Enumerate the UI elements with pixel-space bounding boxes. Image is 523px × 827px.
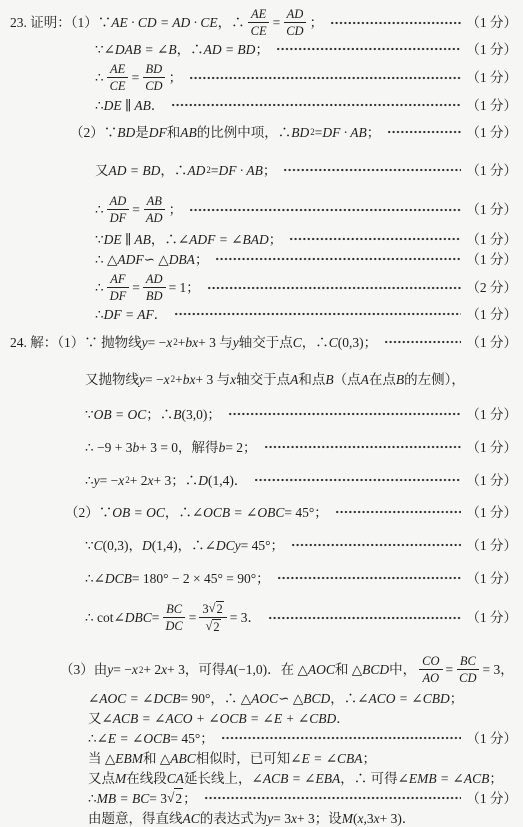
dotted-leader	[215, 256, 461, 262]
fraction: BCCD	[456, 654, 479, 685]
text: +	[175, 370, 183, 389]
solution-line: （2）∵ BD 是 DF 和 AB 的比例中项，∴ BD2 = DF · AB；…	[0, 122, 517, 142]
text: （2）∵	[65, 503, 112, 522]
fraction: COAO	[419, 654, 442, 685]
text: = −	[148, 333, 167, 352]
math-text: B	[396, 370, 404, 389]
fraction-numerator: AE	[248, 7, 269, 23]
text: = 45°；	[170, 729, 213, 748]
dotted-leader	[264, 444, 462, 450]
text: = 180° − 2 × 45° = 90°；	[132, 569, 270, 588]
text: = −	[100, 471, 119, 490]
math-text: AOC	[251, 689, 278, 708]
text: 23. 证明：（1）∵	[10, 13, 111, 32]
fraction-denominator: BD	[143, 288, 166, 303]
fraction-denominator: CD	[456, 670, 479, 685]
dotted-leader	[174, 311, 461, 317]
solution-line: ∴ y = −x2 + 2x + 3；∴ D(1,4)．（1 分）	[0, 470, 517, 490]
math-text: ∠E = ∠OCB	[97, 729, 171, 748]
text: =	[273, 13, 281, 32]
text: =	[446, 660, 454, 679]
math-text: BC	[166, 602, 182, 616]
text: ，∴	[160, 161, 187, 180]
math-text: DBA	[169, 250, 195, 269]
radical-sign: √	[206, 619, 213, 633]
text: 是	[135, 123, 149, 142]
math-text: BC	[460, 654, 476, 668]
dotted-leader	[276, 46, 461, 52]
text: ∴	[95, 305, 104, 324]
math-text: DF	[149, 123, 167, 142]
dotted-leader	[330, 20, 461, 26]
solution-line: 23. 证明：（1）∵ AE · CD = AD · CE，∴ AECE = A…	[0, 6, 517, 39]
score-label: （1 分）	[466, 40, 517, 59]
math-text: BD	[146, 62, 163, 76]
math-text: B	[325, 370, 333, 389]
score-label: （1 分）	[466, 96, 517, 115]
text: = 90°，∴ △	[180, 689, 251, 708]
radicand: 2	[174, 788, 183, 808]
line-content: ∴ ∠DCB = 180° − 2 × 45° = 90°；	[85, 569, 270, 588]
solution-line: 当 △EBM 和 △ABC 相似时，已可知 ∠E = ∠CBA；	[0, 748, 517, 768]
dotted-leader	[254, 477, 461, 483]
text: + 3；设	[297, 809, 342, 827]
math-text: AE	[110, 62, 125, 76]
math-text: ADF	[117, 250, 143, 269]
radicand: 2	[212, 619, 220, 634]
math-text: ∠DCB	[94, 569, 132, 588]
text: +	[178, 333, 186, 352]
text: 延长线上，	[184, 769, 252, 788]
line-content: ∴ −9 + 3b + 3 = 0，解得 b = 2；	[85, 438, 257, 457]
fraction-numerator: BC	[163, 602, 185, 618]
solution-line: ∵ ∠DAB = ∠B，∴ AD = BD；（1 分）	[0, 39, 517, 59]
line-content: ∵ DE ∥ AB，∴ ∠ADF = ∠BAD；	[95, 230, 282, 249]
radicand: 2	[216, 601, 224, 616]
text: 相似时，已可知	[196, 749, 291, 768]
math-text: DF · AB	[322, 123, 366, 142]
text: + 2	[143, 660, 161, 679]
math-text: BD	[146, 289, 163, 303]
math-text: OB = OC	[94, 405, 147, 424]
text: ∵	[95, 230, 104, 249]
text: (3,0)；	[181, 405, 220, 424]
line-content: 24. 解：（1）∵ 抛物线 y = −x2 + bx + 3 与 y 轴交于点…	[10, 333, 377, 352]
fraction-numerator: BD	[143, 62, 166, 78]
text: ．	[151, 96, 165, 115]
fraction-denominator: √2	[203, 618, 224, 634]
math-text: BD	[291, 123, 309, 142]
solution-line: ∴ MB = BC = 3√2；（1 分）	[0, 788, 517, 808]
solution-line: ∠AOC = ∠DCB = 90°，∴ △AOC ∽ △BCD，∴ ∠ACO =…	[0, 688, 517, 708]
math-text: CD	[145, 79, 162, 93]
math-text: AE · CD = AD · CE	[111, 13, 217, 32]
math-text: b	[219, 438, 226, 457]
fraction: ADDF	[107, 194, 130, 225]
fraction-numerator: CO	[419, 654, 442, 670]
math-text: AB	[147, 194, 162, 208]
text: ．	[336, 709, 350, 728]
math-text: CD	[286, 24, 303, 38]
text: ；	[263, 161, 277, 180]
text: ；	[363, 749, 377, 768]
solution-line: ∴ −9 + 3b + 3 = 0，解得 b = 2；（1 分）	[0, 437, 517, 457]
radical: √2	[167, 788, 183, 808]
text: ．	[154, 305, 168, 324]
score-label: （2 分）	[466, 278, 517, 297]
dotted-leader	[277, 575, 462, 581]
solution-line: ∵ DE ∥ AB，∴ ∠ADF = ∠BAD；（1 分）	[0, 229, 517, 249]
text: (1,4)，∴	[152, 536, 205, 555]
fraction-numerator: AD	[143, 272, 166, 288]
line-content: 又 ∠ACB = ∠ACO + ∠OCB = ∠E + ∠CBD．	[88, 709, 350, 728]
fraction: BCDC	[162, 602, 185, 633]
text: ；	[450, 689, 464, 708]
text: + 3 与	[195, 370, 230, 389]
text: ∴ −9 + 3	[85, 438, 132, 457]
solution-line: 由题意，得直线 AC 的表达式为 y = 3x + 3；设 M(x,3x + 3…	[0, 808, 517, 827]
math-text: ∠ADF = ∠BAD	[178, 230, 269, 249]
fraction-denominator: DC	[162, 618, 185, 633]
solution-line: 又点 M 在线段 CA 延长线上，∠ACB = ∠EBA，∴ 可得 ∠EMB =…	[0, 768, 517, 788]
text: 由题意，得直线	[88, 809, 183, 827]
text: + 3 = 0，解得	[139, 438, 218, 457]
dotted-leader	[189, 75, 461, 81]
fraction-numerator: AD	[107, 194, 130, 210]
screenshot-root: { "page": { "background": "#f6f6f4", "in…	[0, 0, 523, 827]
text: ，∴	[165, 503, 192, 522]
solution-line: 又 AD = BD，∴ AD2 = DF · AB；（1 分）	[0, 160, 517, 180]
text: = −	[145, 370, 164, 389]
text: + 2	[130, 471, 148, 490]
math-text: C	[293, 333, 302, 352]
solution-line: ∴ AFDF = ADBD = 1；（2 分）	[0, 271, 517, 304]
text: ；∴	[146, 405, 173, 424]
score-label: （1 分）	[466, 123, 517, 142]
score-label: （1 分）	[466, 438, 517, 457]
text: + 3)．	[380, 809, 416, 827]
text: = 1；	[169, 278, 200, 297]
math-text: AOC	[308, 660, 335, 679]
math-text: ∠DAB = ∠B	[104, 40, 177, 59]
score-label: （1 分）	[466, 536, 517, 555]
math-text: AD	[287, 7, 304, 21]
text: = 3	[149, 789, 167, 808]
text: ∴	[95, 68, 104, 87]
line-content: ∴ AECE = BDCD；	[95, 61, 182, 94]
solution-line: ∴ ADDF = ABAD；（1 分）	[0, 193, 517, 226]
text: (−1,0)．在 △	[234, 660, 308, 679]
dotted-leader	[228, 411, 462, 417]
text: 24. 解：（1）∵ 抛物线	[10, 333, 142, 352]
dotted-leader	[268, 615, 461, 621]
dotted-leader	[189, 207, 461, 213]
math-text: ∠ACB = ∠EBA	[252, 769, 341, 788]
text: 又抛物线	[85, 370, 139, 389]
math-text: DF = AF	[104, 305, 154, 324]
line-content: ∠AOC = ∠DCB = 90°，∴ △AOC ∽ △BCD，∴ ∠ACO =…	[88, 689, 463, 708]
text: ，∴	[151, 230, 178, 249]
line-content: 又 AD = BD，∴ AD2 = DF · AB；	[95, 161, 276, 180]
text: ,3	[364, 809, 374, 827]
math-text: bx	[183, 370, 196, 389]
math-text: BD	[117, 123, 135, 142]
fraction: AECE	[248, 7, 270, 38]
dotted-leader	[384, 339, 461, 345]
math-text: M	[115, 769, 126, 788]
score-label: （1 分）	[466, 789, 517, 808]
line-content: ∴ DF = AF．	[95, 305, 167, 324]
fraction: AECE	[107, 62, 129, 93]
math-text: AD = BD	[109, 161, 161, 180]
math-text: ∠ACO = ∠CBD	[357, 689, 449, 708]
line-content: （2）∵ BD 是 DF 和 AB 的比例中项，∴ BD2 = DF · AB；	[70, 123, 380, 142]
text: 和 △	[335, 660, 362, 679]
text: ；	[169, 200, 183, 219]
line-content: （2）∵ OB = OC，∴ ∠OCB = ∠OBC = 45°；	[65, 503, 328, 522]
math-text: BCD	[362, 660, 389, 679]
math-text: DC	[165, 619, 182, 633]
text: ，∴ 可得	[340, 769, 397, 788]
math-text: OB = OC	[112, 503, 165, 522]
text: ，∴	[302, 333, 329, 352]
text: = −	[113, 660, 132, 679]
line-content: ∴ AFDF = ADBD = 1；	[95, 271, 200, 304]
math-text: CD	[459, 671, 476, 685]
text: + 3 与	[198, 333, 233, 352]
math-text: A	[290, 370, 298, 389]
math-text: bx	[185, 333, 198, 352]
math-text: D	[142, 536, 152, 555]
math-text: ∠EMB = ∠ACB	[398, 769, 490, 788]
fraction-numerator: AD	[284, 7, 307, 23]
text: ，∴	[218, 13, 245, 32]
fraction: ABAD	[143, 194, 166, 225]
solution-line: （3）由 y = −x2 + 2x + 3，可得 A(−1,0)．在 △AOC …	[0, 653, 517, 686]
math-text: DF	[110, 211, 127, 225]
fraction-denominator: CD	[283, 23, 306, 38]
text: + 3，可得	[167, 660, 225, 679]
text: ∴ cot	[85, 608, 113, 627]
math-text: C	[329, 333, 338, 352]
text: ；	[489, 769, 503, 788]
text: =	[152, 608, 160, 627]
text: (0,3)，	[103, 536, 142, 555]
line-content: ∴ △ADF ∽ △DBA；	[95, 250, 208, 269]
text: (1,4)．	[208, 471, 247, 490]
math-text: EBM	[115, 749, 143, 768]
dotted-leader	[283, 167, 461, 173]
text: = 2；	[225, 438, 256, 457]
text: （2）∵	[70, 123, 117, 142]
text: 的左侧），	[404, 370, 465, 389]
text: ∵	[95, 40, 104, 59]
radical: √2	[209, 601, 224, 616]
fraction-denominator: CE	[107, 78, 129, 93]
line-content: ∵ C(0,3)，D(1,4)，∴ ∠DCy = 45°；	[85, 536, 284, 555]
solution-line: ∴ DE ∥ AB．（1 分）	[0, 95, 517, 115]
text: ，∴	[330, 689, 357, 708]
text: =	[132, 68, 140, 87]
solution-line: 24. 解：（1）∵ 抛物线 y = −x2 + bx + 3 与 y 轴交于点…	[0, 332, 517, 352]
text: =	[132, 200, 140, 219]
text: = 3．	[230, 608, 261, 627]
solution-line: ∴ AECE = BDCD；（1 分）	[0, 61, 517, 94]
text: ∴	[95, 278, 104, 297]
solution-line: ∴ DF = AF．（1 分）	[0, 304, 517, 324]
math-text: AE	[251, 7, 266, 21]
dotted-leader	[171, 102, 461, 108]
text: 和点	[298, 370, 325, 389]
dotted-leader	[291, 542, 461, 548]
text: ∴ △	[95, 250, 117, 269]
text: （3）由	[60, 660, 107, 679]
math-text: AF	[110, 272, 125, 286]
dotted-leader	[335, 509, 462, 515]
math-text: CO	[422, 654, 439, 668]
fraction-denominator: AD	[143, 210, 166, 225]
fraction-denominator: AO	[419, 670, 442, 685]
dotted-leader	[221, 735, 462, 741]
radical-sign: √	[167, 788, 174, 807]
score-label: （1 分）	[466, 729, 517, 748]
solution-line: ∵ C(0,3)，D(1,4)，∴ ∠DCy = 45°；（1 分）	[0, 535, 517, 555]
fraction-numerator: AB	[144, 194, 165, 210]
solution-line: ∴ △ADF ∽ △DBA；（1 分）	[0, 249, 517, 269]
text: 和 △	[143, 749, 170, 768]
answer-document-page: 23. 证明：（1）∵ AE · CD = AD · CE，∴ AECE = A…	[0, 0, 523, 827]
text: ；	[269, 230, 283, 249]
text: ∴	[95, 200, 104, 219]
math-text: C	[94, 536, 103, 555]
solution-line: ∵ OB = OC；∴ B(3,0)；（1 分）	[0, 404, 517, 424]
math-text: AD	[110, 194, 127, 208]
text: ∽ △	[144, 250, 169, 269]
math-text: DF · AB	[218, 161, 262, 180]
math-text: ∠DCy	[205, 536, 241, 555]
fraction-denominator: DF	[107, 210, 130, 225]
math-text: x	[166, 333, 172, 352]
solution-line: ∴ cot ∠DBC = BCDC = 3√2√2 = 3．（1 分）	[0, 600, 517, 635]
text: ；	[183, 789, 197, 808]
line-content: 由题意，得直线 AC 的表达式为 y = 3x + 3；设 M(x,3x + 3…	[88, 809, 415, 827]
text: 的表达式为	[200, 809, 268, 827]
text: 当 △	[88, 749, 115, 768]
text: ，∴	[177, 40, 204, 59]
text: = 3	[273, 809, 291, 827]
score-label: （1 分）	[466, 405, 517, 424]
fraction-denominator: CE	[248, 23, 270, 38]
solution-line: 又 ∠ACB = ∠ACO + ∠OCB = ∠E + ∠CBD．	[0, 708, 517, 728]
solution-line: （2）∵ OB = OC，∴ ∠OCB = ∠OBC = 45°；（1 分）	[0, 502, 517, 522]
math-text: DE ∥ AB	[104, 230, 151, 249]
text: ；	[255, 40, 269, 59]
math-text: M	[342, 809, 353, 827]
text: ∴	[88, 789, 97, 808]
math-text: MB = BC	[97, 789, 150, 808]
fraction-numerator: BC	[457, 654, 479, 670]
math-text: AD = BD	[204, 40, 256, 59]
text: 又	[95, 161, 109, 180]
text: ；	[169, 68, 183, 87]
text: ∴	[95, 96, 104, 115]
fraction-numerator: 3√2	[199, 601, 226, 618]
score-label: （1 分）	[466, 250, 517, 269]
text: =	[132, 278, 140, 297]
score-label: （1 分）	[466, 13, 517, 32]
math-text: AD	[187, 161, 205, 180]
math-text: AC	[183, 809, 200, 827]
line-content: ∴ y = −x2 + 2x + 3；∴ D(1,4)．	[85, 471, 247, 490]
text: (0,3)；	[338, 333, 377, 352]
text: ∵	[85, 536, 94, 555]
math-text: B	[173, 405, 181, 424]
text: 轴交于点	[236, 370, 290, 389]
score-label: （1 分）	[466, 230, 517, 249]
math-text: ∠DBC	[113, 608, 151, 627]
line-content: （3）由 y = −x2 + 2x + 3，可得 A(−1,0)．在 △AOC …	[60, 653, 514, 686]
solution-line: ∴ ∠E = ∠OCB = 45°；（1 分）	[0, 728, 517, 748]
math-text: DE ∥ AB	[104, 96, 151, 115]
text: ；	[195, 250, 209, 269]
fraction-denominator: CD	[142, 78, 165, 93]
math-text: x	[164, 370, 170, 389]
score-label: （1 分）	[466, 333, 517, 352]
math-text: A	[361, 370, 369, 389]
text: = 45°；	[284, 503, 327, 522]
fraction: BDCD	[142, 62, 165, 93]
text: 的比例中项，∴	[197, 123, 292, 142]
line-content: ∴ ADDF = ABAD；	[95, 193, 182, 226]
radical-sign: √	[209, 601, 216, 615]
math-text: CE	[110, 79, 126, 93]
fraction-denominator: DF	[107, 288, 130, 303]
text: 轴交于点	[239, 333, 293, 352]
text: 在线段	[126, 769, 167, 788]
math-text: AO	[422, 671, 439, 685]
math-text: b	[132, 438, 139, 457]
fraction: 3√2√2	[199, 601, 226, 634]
text: ∵	[85, 405, 94, 424]
score-label: （1 分）	[466, 161, 517, 180]
math-text: AD	[146, 272, 163, 286]
text: =	[189, 608, 197, 627]
fraction-numerator: AE	[107, 62, 128, 78]
score-label: （1 分）	[466, 471, 517, 490]
score-label: （1 分）	[466, 305, 517, 324]
math-text: CA	[167, 769, 184, 788]
radical: √2	[206, 619, 221, 634]
line-content: ∵ OB = OC；∴ B(3,0)；	[85, 405, 221, 424]
line-content: ∴ cot ∠DBC = BCDC = 3√2√2 = 3．	[85, 600, 261, 635]
score-label: （1 分）	[466, 608, 517, 627]
line-content: ∴ MB = BC = 3√2；	[88, 788, 197, 808]
math-text: D	[198, 471, 208, 490]
line-content: ∴ DE ∥ AB．	[95, 96, 164, 115]
dotted-leader	[387, 129, 461, 135]
text: ；	[367, 123, 381, 142]
text: （点	[334, 370, 361, 389]
text: = 3，	[483, 660, 514, 679]
math-text: x	[132, 660, 138, 679]
text: 在点	[369, 370, 396, 389]
dotted-leader	[207, 285, 462, 291]
text: ；	[310, 13, 324, 32]
dotted-leader	[289, 236, 461, 242]
text: ∴	[85, 471, 94, 490]
text: 又	[88, 709, 102, 728]
text: ∽ △	[278, 689, 303, 708]
